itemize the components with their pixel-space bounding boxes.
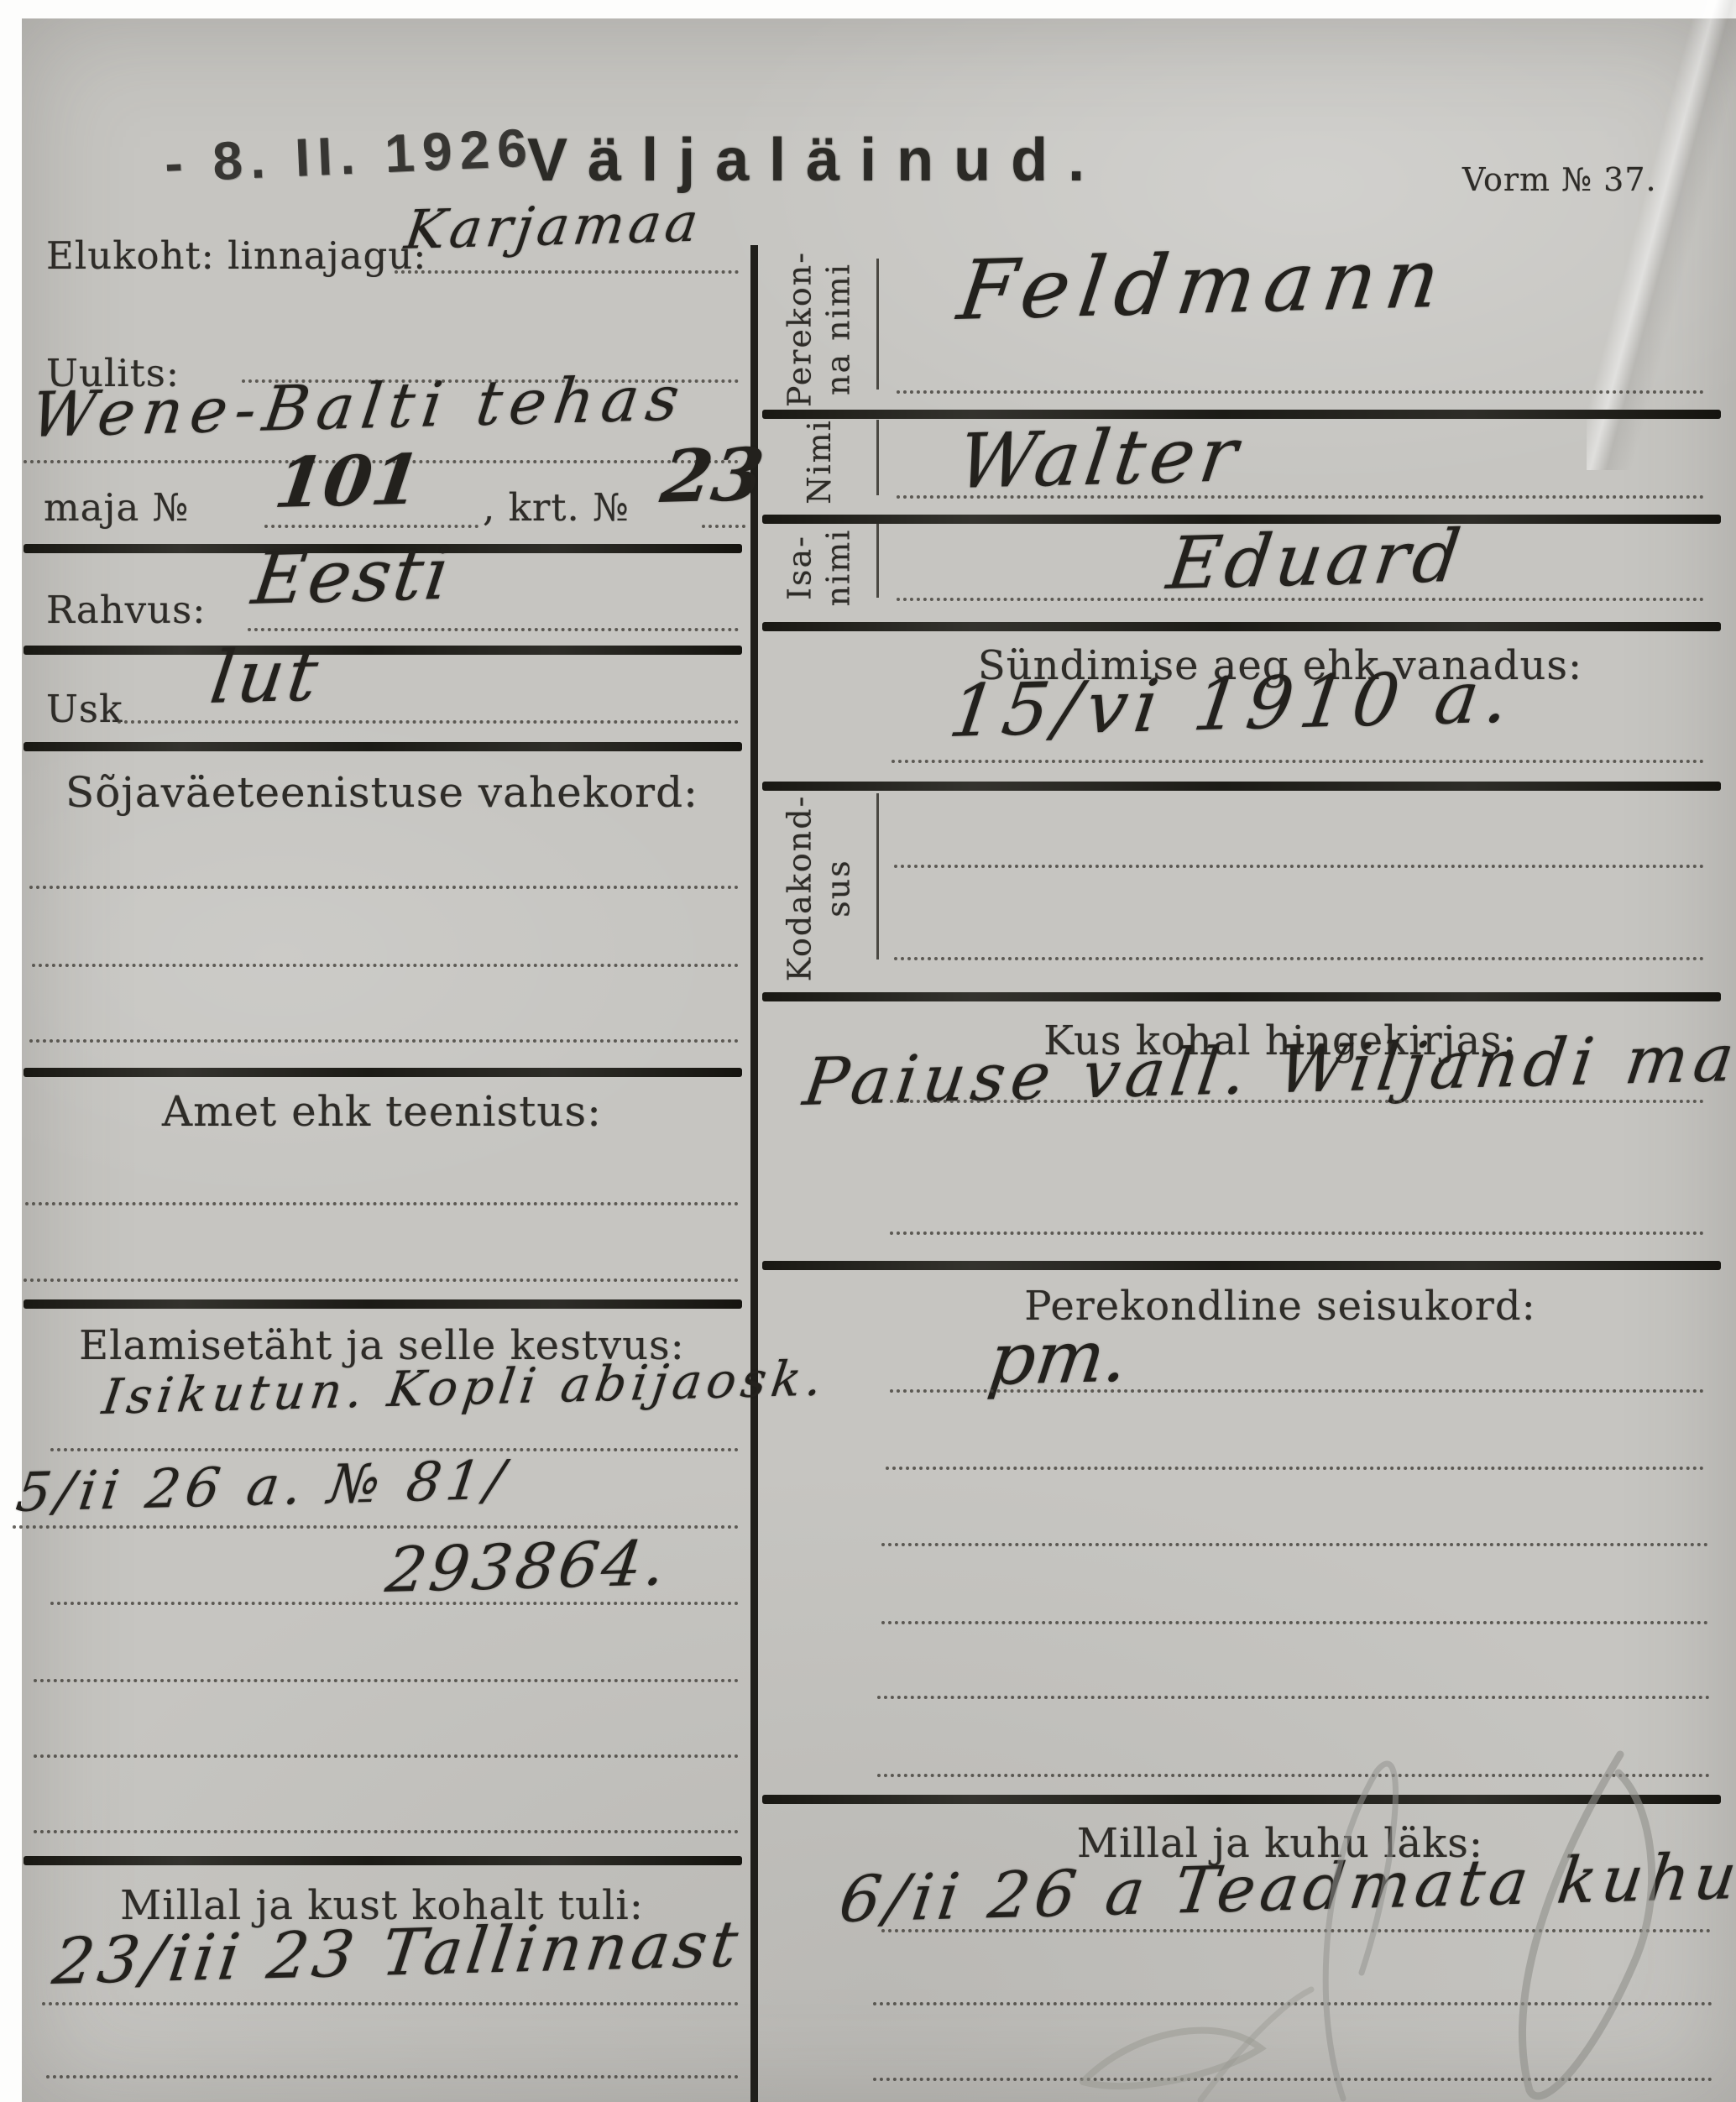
dotted-line bbox=[886, 1467, 1704, 1470]
section-rule bbox=[762, 782, 1721, 791]
field-maja-value: 101 bbox=[270, 440, 426, 524]
dotted-line bbox=[25, 1202, 739, 1205]
dotted-line bbox=[897, 598, 1704, 601]
vertical-label-nimi: Nimi bbox=[800, 419, 839, 505]
section-rule bbox=[24, 646, 742, 655]
section-rule bbox=[24, 1856, 742, 1865]
field-elamisetaht-line2: 5/ii 26 a. № 81/ bbox=[13, 1450, 513, 1524]
gutter-line bbox=[876, 524, 879, 598]
stamp-tick: - bbox=[164, 132, 191, 193]
dotted-line bbox=[702, 525, 745, 528]
dotted-line bbox=[34, 1754, 739, 1758]
dotted-line bbox=[877, 1696, 1710, 1699]
section-rule bbox=[762, 992, 1721, 1001]
gutter-line bbox=[876, 793, 879, 959]
dotted-line bbox=[34, 1679, 739, 1682]
field-elukoht-value: Karjamaa bbox=[401, 192, 706, 262]
dotted-line bbox=[248, 628, 739, 631]
field-maja-label: maja № bbox=[44, 485, 189, 530]
field-usk-value: lut bbox=[206, 634, 326, 720]
dotted-line bbox=[892, 760, 1704, 763]
form-title: Väljaläinud. bbox=[527, 126, 1105, 195]
section-rule bbox=[24, 742, 742, 751]
dotted-line bbox=[894, 957, 1704, 960]
dotted-line bbox=[881, 1621, 1708, 1624]
dotted-line bbox=[46, 2075, 739, 2078]
section-rule bbox=[762, 622, 1721, 631]
section-seisukord-label: Perekondline seisukord: bbox=[848, 1283, 1712, 1330]
dotted-line bbox=[890, 1100, 1704, 1103]
gutter-line bbox=[876, 259, 879, 390]
section-amet-label: Amet ehk teenistus: bbox=[25, 1087, 739, 1136]
scanned-document: - 8. II. 1926 Väljaläinud. Vorm № 37. El… bbox=[0, 0, 1736, 2102]
field-krt-value: 23 bbox=[656, 432, 768, 520]
dotted-line bbox=[395, 270, 739, 274]
dotted-line bbox=[34, 1830, 739, 1833]
dotted-line bbox=[50, 1602, 739, 1605]
section-sojavaeteenistus-label: Sõjaväeteenistuse vahekord: bbox=[25, 768, 739, 817]
pencil-scribble bbox=[839, 1721, 1736, 2102]
dotted-line bbox=[24, 1278, 739, 1282]
dotted-line bbox=[32, 964, 739, 967]
dotted-line bbox=[897, 390, 1704, 394]
dotted-line bbox=[890, 1389, 1704, 1393]
field-isanimi-value: Eduard bbox=[1163, 515, 1469, 606]
dotted-line bbox=[29, 886, 739, 889]
field-krt-label: , krt. № bbox=[483, 485, 630, 530]
column-divider bbox=[750, 245, 758, 2102]
paper-crease bbox=[1587, 0, 1736, 470]
form-number: Vorm № 37. bbox=[1462, 161, 1657, 198]
field-rahvus-value: Eesti bbox=[248, 532, 457, 621]
section-rule bbox=[24, 1299, 742, 1309]
stamp-date: 8. II. 1926 bbox=[212, 117, 536, 191]
field-elamisetaht-line3: 293864. bbox=[382, 1527, 673, 1607]
dotted-line bbox=[42, 2002, 739, 2005]
dotted-line bbox=[890, 1231, 1704, 1235]
vertical-label-perekonnanimi: Perekon-na nimi bbox=[781, 251, 859, 407]
dotted-line bbox=[881, 1543, 1708, 1546]
field-elukoht-label: Elukoht: linnajagu: bbox=[46, 233, 426, 278]
field-sundimine-value: 15/vi 1910 a. bbox=[944, 655, 1520, 754]
section-rule bbox=[24, 1068, 742, 1077]
field-perekonnanimi-value: Feldmann bbox=[953, 231, 1455, 339]
gutter-line bbox=[876, 420, 879, 495]
dotted-line bbox=[894, 865, 1704, 868]
vertical-label-isanimi: Isa-nimi bbox=[781, 529, 859, 607]
vertical-label-kodakondsus: Kodakond-sus bbox=[781, 795, 859, 982]
section-rule bbox=[762, 1261, 1721, 1270]
dotted-line bbox=[264, 525, 478, 528]
field-nimi-value: Walter bbox=[953, 410, 1247, 506]
dotted-line bbox=[29, 1039, 739, 1043]
field-rahvus-label: Rahvus: bbox=[46, 588, 206, 632]
dotted-line bbox=[50, 1448, 739, 1451]
dotted-line bbox=[897, 495, 1704, 499]
dotted-line bbox=[118, 720, 739, 724]
field-usk-label: Usk bbox=[46, 687, 123, 731]
